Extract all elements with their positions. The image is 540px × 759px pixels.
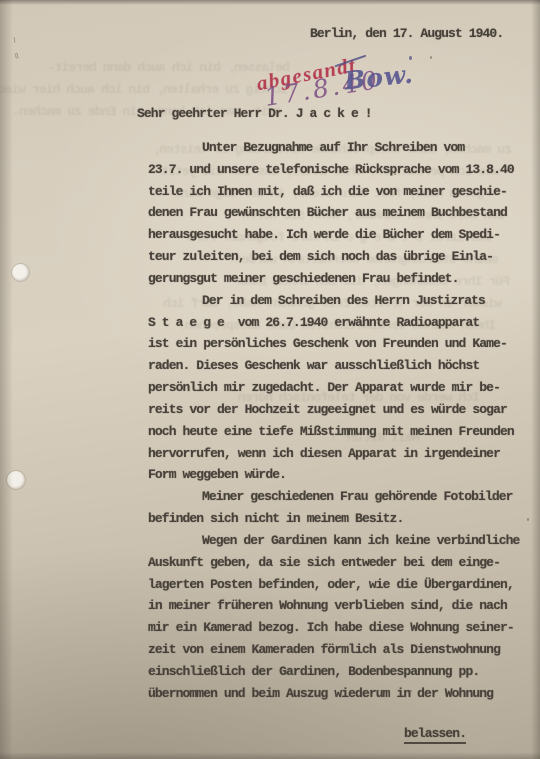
catchword: belassen.: [404, 726, 466, 744]
body-line: Meiner geschiedenen Frau gehörende Fotob…: [148, 486, 528, 508]
paper-speck: [430, 56, 432, 59]
handwritten-initial: Bow.: [343, 59, 415, 95]
scan-edge-bottom: [0, 752, 540, 759]
body-line: Form weggeben würde.: [148, 464, 528, 486]
pencil-mark: ~: [9, 36, 18, 45]
body-line: S t a e g e vom 26.7.1940 erwähnte Radio…: [148, 312, 528, 334]
ghost-line: richtig zu erhalten, bin ich auch hier w…: [0, 82, 295, 97]
paper-speck: [394, 173, 396, 175]
pen-dot-mark: [409, 56, 412, 60]
body-line: Der in dem Schreiben des Herrn Justizrat…: [148, 290, 528, 312]
paper-speck: [527, 518, 529, 521]
body-line: raden. Dieses Geschenk war ausschließlic…: [148, 355, 528, 377]
body-line: teur zuleiten, bei dem sich noch das übr…: [148, 246, 528, 268]
body-line: in meiner früheren Wohnung verblieben si…: [148, 595, 528, 617]
body-line: persönlich mir zugedacht. Der Apparat wu…: [148, 377, 528, 399]
scan-edge-right: [531, 0, 540, 759]
body-line: hervorrufen, wenn ich diesen Apparat in …: [148, 443, 528, 465]
body-line: reits vor der Hochzeit zugeeignet und es…: [148, 399, 528, 421]
body-line: befinden sich nicht in meinem Besitz.: [148, 508, 528, 530]
letter-body: Unter Bezugnahme auf Ihr Schreiben vom 2…: [148, 137, 528, 705]
body-line: teile ich Ihnen mit, daß ich die von mei…: [148, 181, 528, 203]
scanned-letter-page: belassen, bin ich auch dann bereit- rich…: [0, 0, 540, 759]
body-line: Wegen der Gardinen kann ich keine verbin…: [148, 530, 528, 552]
salutation: Sehr geehrter Herr Dr. J a c k e !: [137, 106, 372, 121]
body-line: gerungsgut meiner geschiedenen Frau befi…: [148, 268, 528, 290]
body-line: Unter Bezugnahme auf Ihr Schreiben vom: [148, 137, 528, 159]
body-line: übernommen und beim Auszug wiederum in d…: [148, 683, 528, 705]
body-line: 23.7. und unsere telefonische Rücksprach…: [148, 159, 528, 181]
body-line: Auskunft geben, da sie sich entweder bei…: [148, 552, 528, 574]
scan-edge-left: [0, 0, 13, 759]
body-line: noch heute eine tiefe Mißstimmung mit me…: [148, 421, 528, 443]
scan-edge-top: [0, 0, 540, 5]
body-line: denen Frau gewünschten Bücher aus meinem…: [148, 202, 528, 224]
paper-speck: [410, 690, 412, 692]
dateline: Berlin, den 17. August 1940.: [310, 26, 503, 41]
body-line: herausgesucht habe. Ich werde die Bücher…: [148, 224, 528, 246]
body-line: mir ein Kamerad bezog. Ich habe diese Wo…: [148, 617, 528, 639]
body-line: zeit von einem Kameraden förmlich als Di…: [148, 639, 528, 661]
body-line: lagerten Posten befinden, oder, wie die …: [148, 574, 528, 596]
punch-hole: [7, 471, 25, 489]
pencil-mark: ≈: [11, 51, 21, 61]
body-line: ist ein persönliches Geschenk von Freund…: [148, 333, 528, 355]
punch-hole: [12, 264, 29, 281]
body-line: einschließlich der Gardinen, Bodenbespan…: [148, 661, 528, 683]
